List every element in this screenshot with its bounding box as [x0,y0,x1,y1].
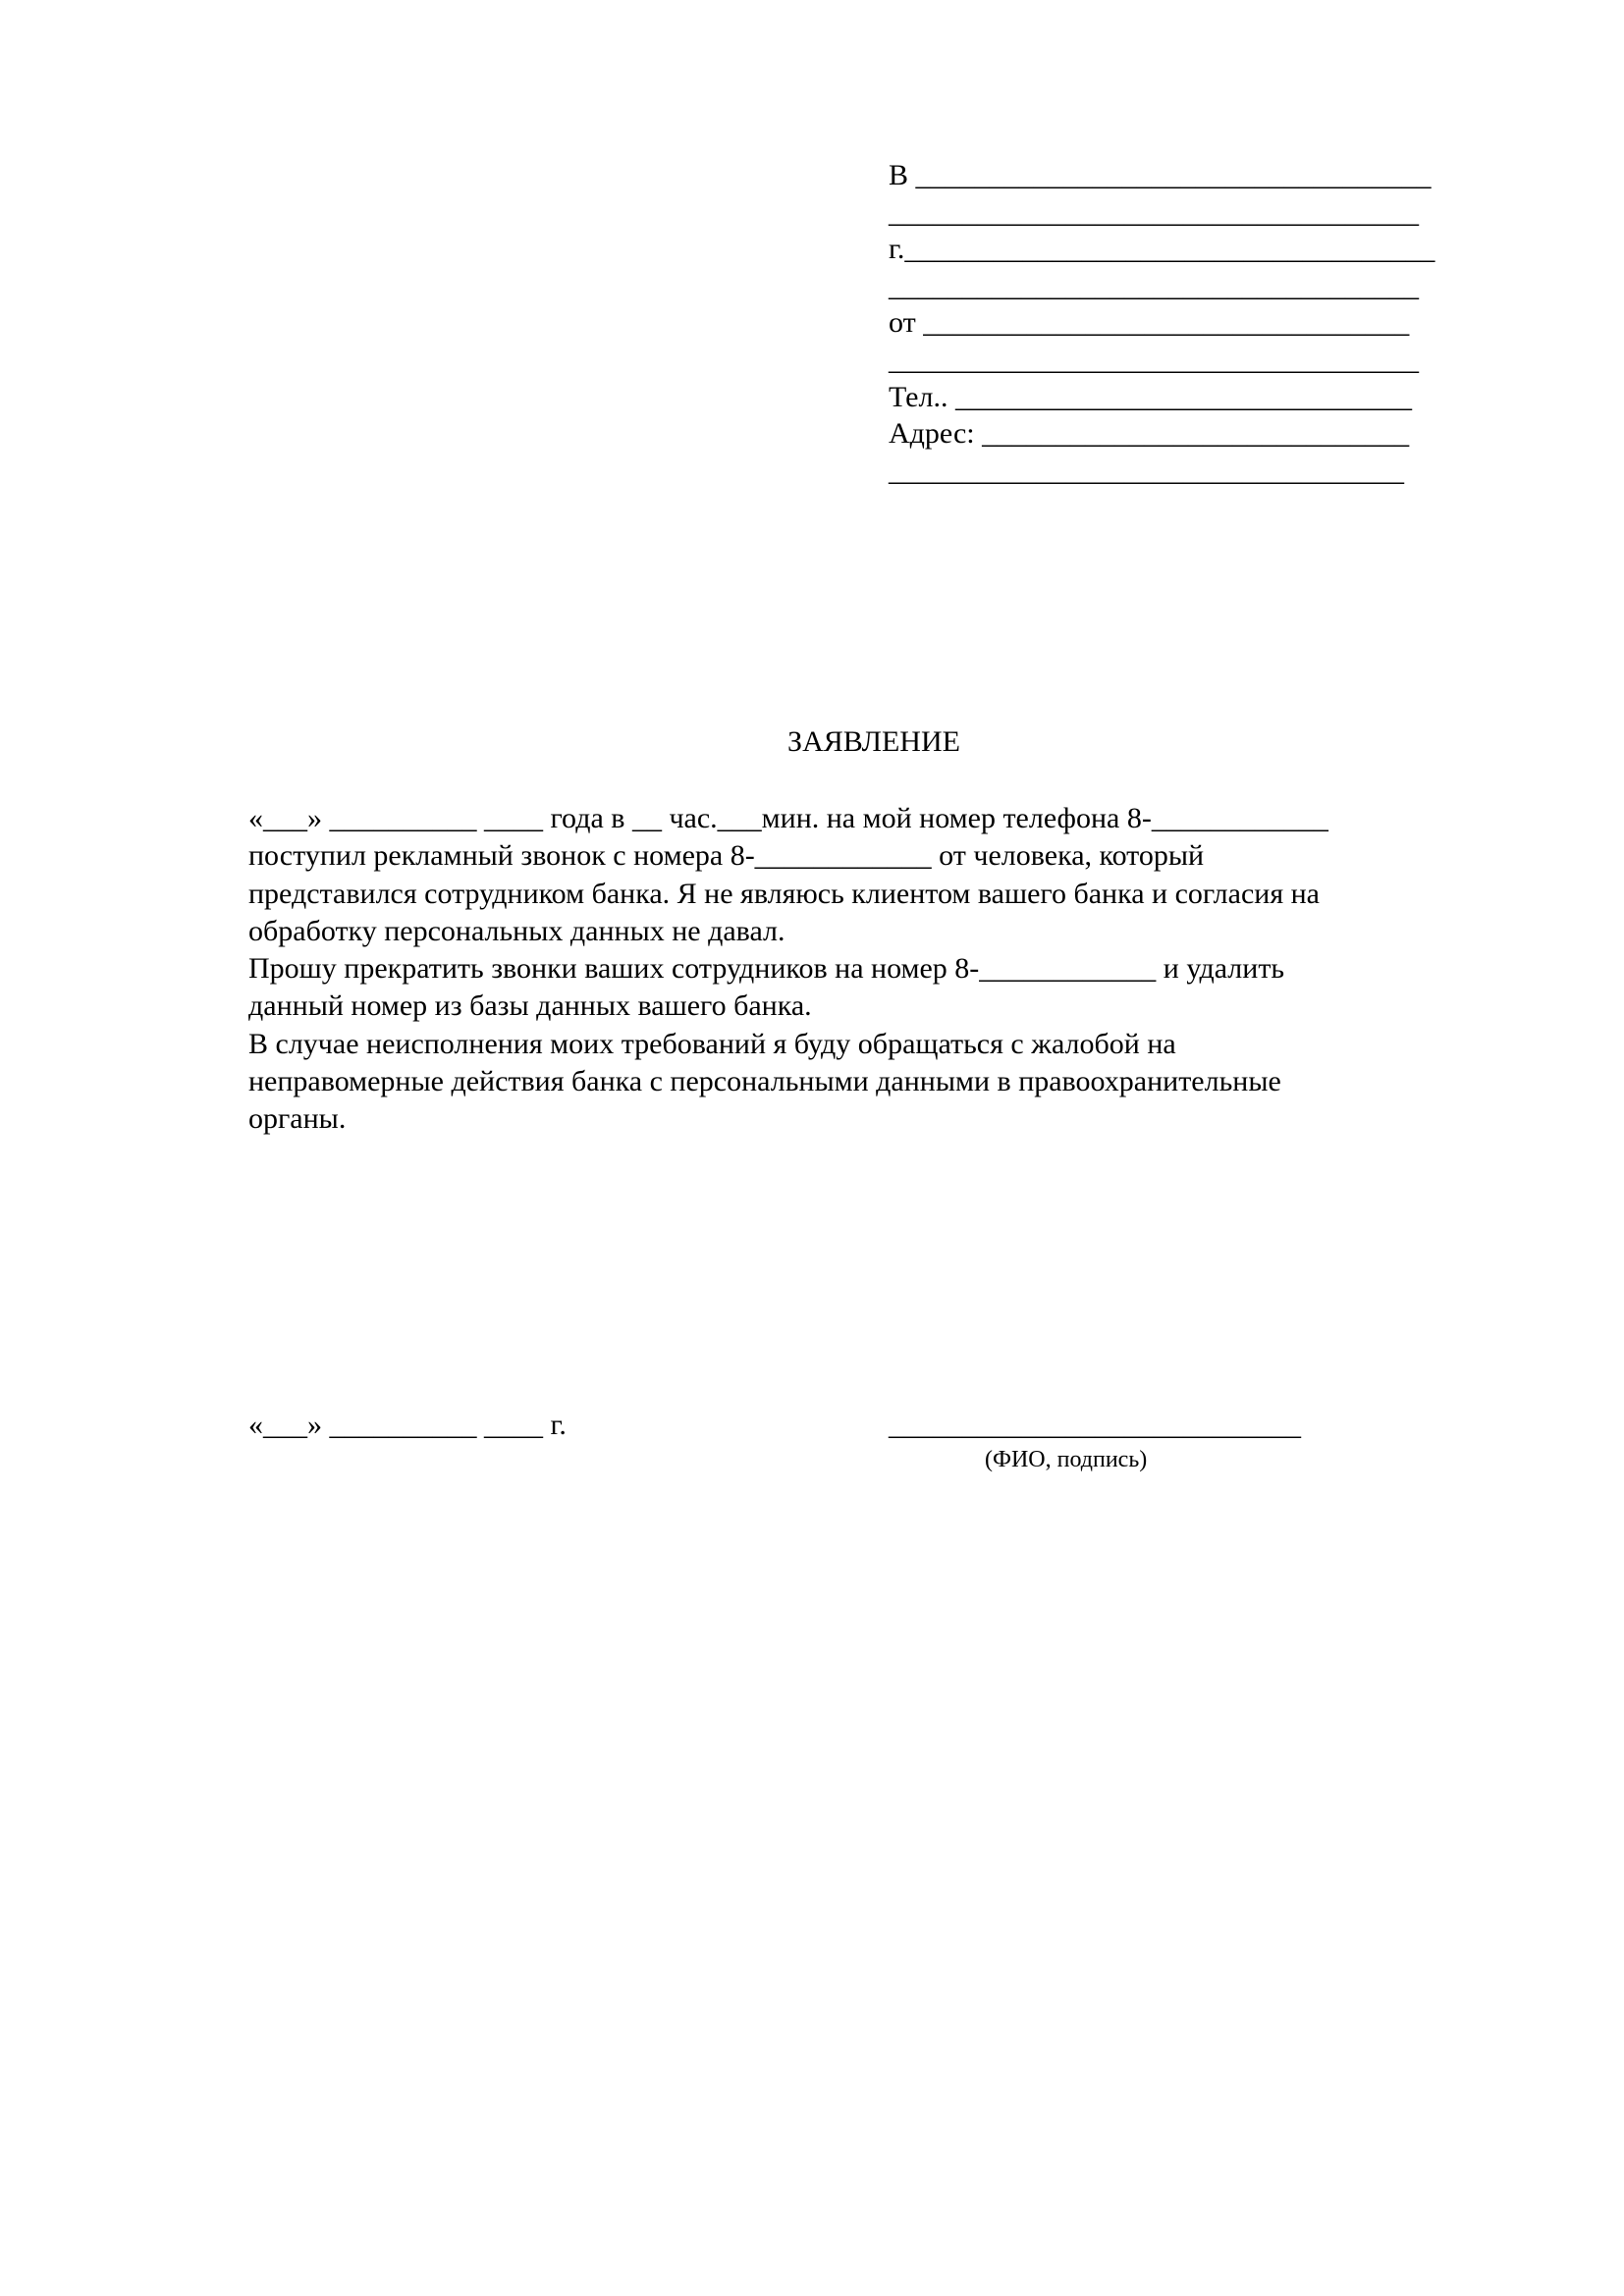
addressee-to-field-continued[interactable]: ____________________________________ [889,194,1517,232]
signature-field[interactable]: ____________________________ [889,1408,1301,1443]
body-line: данный номер из базы данных вашего банка… [248,988,1525,1025]
sender-phone-field[interactable]: Тел.. _______________________________ [889,379,1517,416]
body-line: поступил рекламный звонок с номера 8-___… [248,837,1525,875]
sender-from-field[interactable]: от _________________________________ [889,304,1517,342]
body-line: обработку персональных данных не давал. [248,913,1525,950]
signature-date-field[interactable]: «___» __________ ____ г. [248,1408,567,1443]
addressee-city-field-continued[interactable]: ____________________________________ [889,268,1517,305]
body-line: Прошу прекратить звонки ваших сотруднико… [248,950,1525,988]
document-title: ЗАЯВЛЕНИЕ [0,724,1624,760]
signature-caption: (ФИО, подпись) [985,1445,1147,1474]
body-line: органы. [248,1100,1525,1138]
sender-address-field-continued[interactable]: ___________________________________ [889,453,1517,490]
document-page: В ___________________________________ __… [0,0,1624,2296]
addressee-city-field[interactable]: г.____________________________________ [889,231,1517,268]
addressee-to-field[interactable]: В ___________________________________ [889,157,1517,194]
body-line: представился сотрудником банка. Я не явл… [248,876,1525,913]
body-line: В случае неисполнения моих требований я … [248,1026,1525,1063]
addressee-block: В ___________________________________ __… [889,157,1517,489]
sender-address-field[interactable]: Адрес: _____________________________ [889,415,1517,453]
body-line: неправомерные действия банка с персональ… [248,1063,1525,1100]
sender-from-field-continued[interactable]: ____________________________________ [889,342,1517,379]
body-line: «___» __________ ____ года в __ час.___м… [248,800,1525,837]
statement-body: «___» __________ ____ года в __ час.___м… [248,800,1525,1139]
